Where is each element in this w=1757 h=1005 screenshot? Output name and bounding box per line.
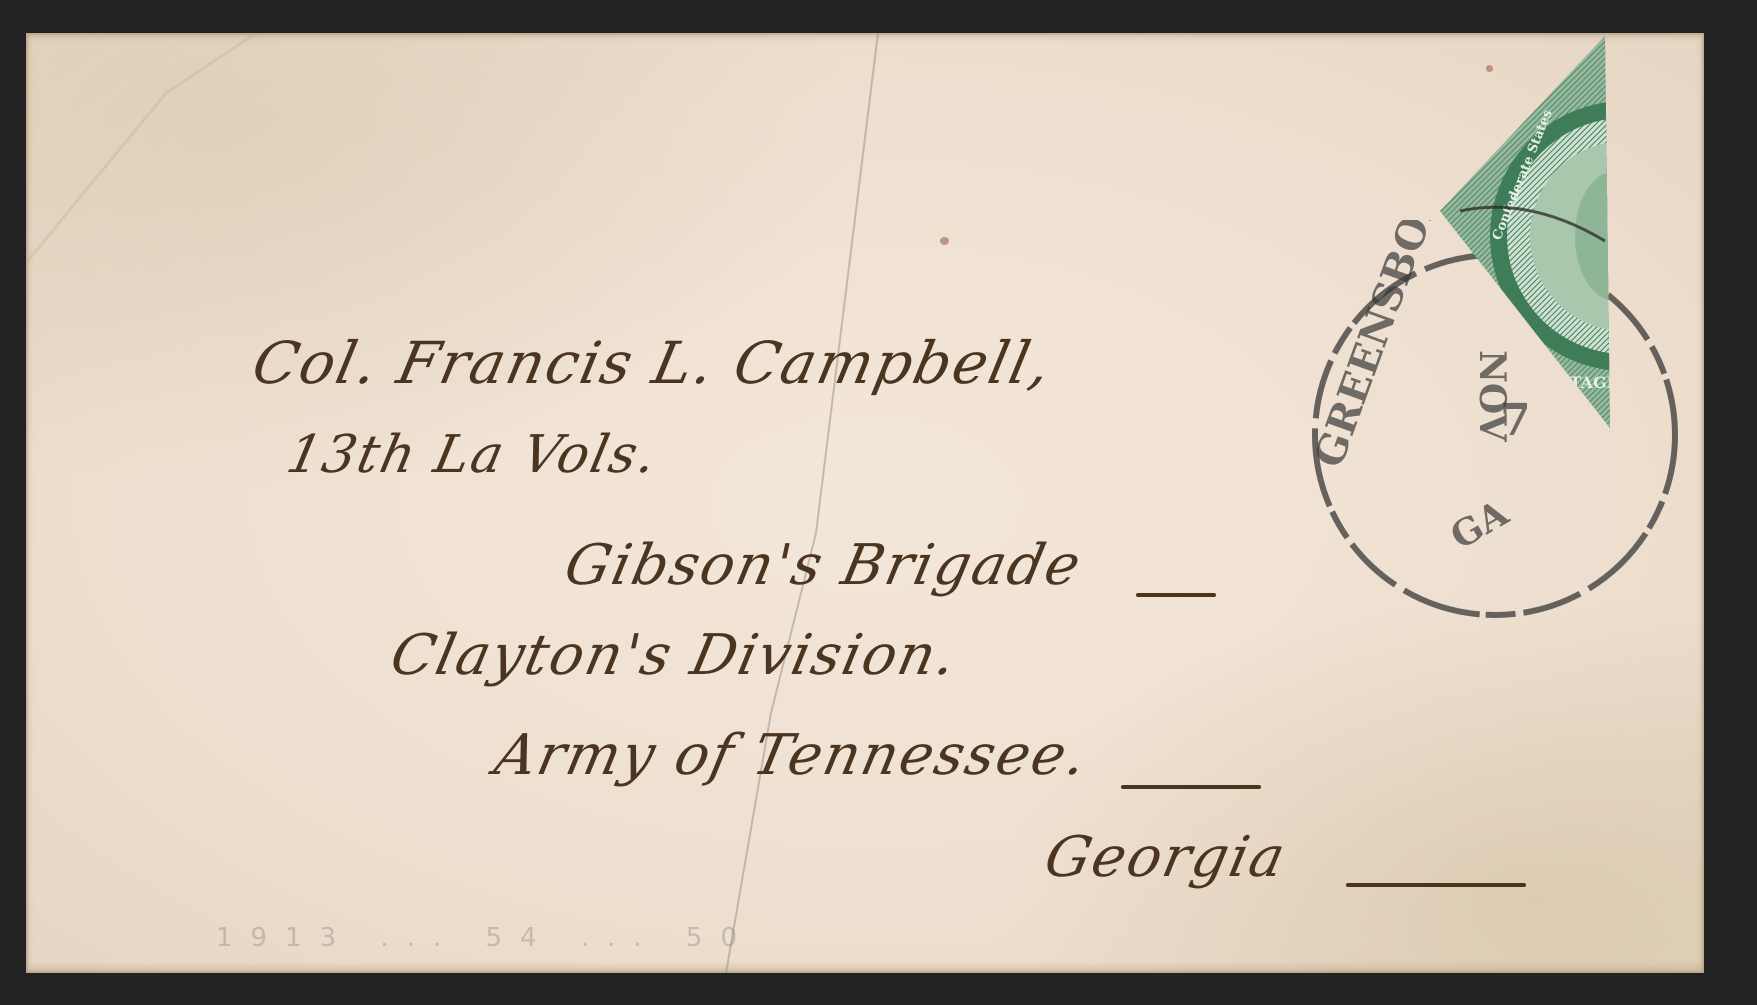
ink-stain (940, 237, 949, 245)
address-line-regiment: 13th La Vols. (282, 425, 664, 485)
underline-flourish (1346, 883, 1526, 887)
address-line-division: Clayton's Division. (385, 623, 963, 688)
underline-flourish (1121, 785, 1261, 789)
address-line-state: Georgia (1039, 825, 1292, 890)
underline-flourish (1136, 593, 1216, 597)
pencil-notes: 1913 ... 54 ... 50 (216, 923, 755, 953)
address-line-name: Col. Francis L. Campbell, (247, 329, 1059, 397)
address-line-army: Army of Tennessee. (489, 723, 1094, 788)
postmark-state: GA (1444, 492, 1517, 558)
bisected-stamp-icon: 20 Confederate States POSTAGE (1440, 36, 1610, 428)
address-line-brigade: Gibson's Brigade (559, 533, 1088, 598)
stamp-postage-label: POSTAGE (1532, 373, 1610, 392)
